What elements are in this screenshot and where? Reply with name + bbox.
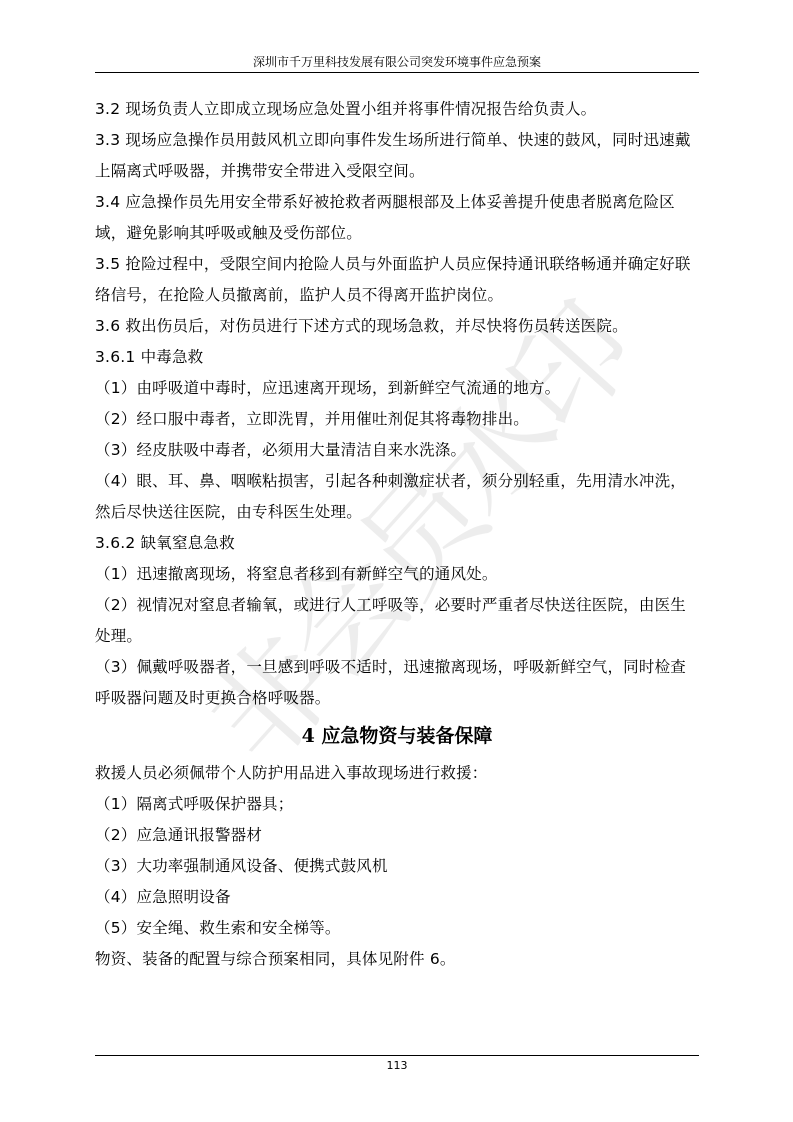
document-body: 3.2 现场负责人立即成立现场应急处置小组并将事件情况报告给负责人。 3.3 现… (95, 94, 699, 975)
list-item: （2）视情况对窒息者输氧，或进行人工呼吸等，必要时严重者尽快送往医院，由医生 (95, 590, 699, 621)
page-number: 113 (95, 1059, 699, 1073)
subsection-title: 3.6.1 中毒急救 (95, 342, 699, 373)
list-item: （2）经口服中毒者，立即洗胃，并用催吐剂促其将毒物排出。 (95, 404, 699, 435)
paragraph-line: 域，避免影响其呼吸或触及受伤部位。 (95, 218, 699, 249)
paragraph-line: 3.2 现场负责人立即成立现场应急处置小组并将事件情况报告给负责人。 (95, 94, 699, 125)
paragraph-line: 3.4 应急操作员先用安全带系好被抢救者两腿根部及上体妥善提升使患者脱离危险区 (95, 187, 699, 218)
paragraph-line: 3.5 抢险过程中，受限空间内抢险人员与外面监护人员应保持通讯联络畅通并确定好联 (95, 249, 699, 280)
list-item: （4）应急照明设备 (95, 882, 699, 913)
list-item: （5）安全绳、救生索和安全梯等。 (95, 913, 699, 944)
list-item: （1）隔离式呼吸保护器具； (95, 789, 699, 820)
list-item: （3）佩戴呼吸器者，一旦感到呼吸不适时，迅速撤离现场，呼吸新鲜空气，同时检查 (95, 652, 699, 683)
list-item: （3）经皮肤吸中毒者，必须用大量清洁自来水洗涤。 (95, 435, 699, 466)
footer-divider (95, 1055, 699, 1056)
list-item: （2）应急通讯报警器材 (95, 820, 699, 851)
paragraph-line: 3.6 救出伤员后，对伤员进行下述方式的现场急救，并尽快将伤员转送医院。 (95, 311, 699, 342)
paragraph-line: 上隔离式呼吸器，并携带安全带进入受限空间。 (95, 156, 699, 187)
list-item-continuation: 处理。 (95, 621, 699, 652)
subsection-title: 3.6.2 缺氧窒息急救 (95, 528, 699, 559)
document-header-title: 深圳市千万里科技发展有限公司突发环境事件应急预案 (95, 55, 699, 69)
paragraph-line: 络信号，在抢险人员撤离前，监护人员不得离开监护岗位。 (95, 280, 699, 311)
paragraph-line: 救援人员必须佩带个人防护用品进入事故现场进行救援： (95, 758, 699, 789)
list-item: （3）大功率强制通风设备、便携式鼓风机 (95, 851, 699, 882)
list-item: （4）眼、耳、鼻、咽喉粘损害，引起各种刺激症状者，须分别轻重，先用清水冲洗， (95, 466, 699, 497)
list-item-continuation: 然后尽快送往医院，由专科医生处理。 (95, 497, 699, 528)
list-item: （1）迅速撤离现场，将窒息者移到有新鲜空气的通风处。 (95, 559, 699, 590)
header-divider (95, 72, 699, 73)
list-item: （1）由呼吸道中毒时，应迅速离开现场，到新鲜空气流通的地方。 (95, 373, 699, 404)
list-item-continuation: 呼吸器问题及时更换合格呼吸器。 (95, 683, 699, 714)
section-heading: 4 应急物资与装备保障 (95, 714, 699, 758)
paragraph-line: 物资、装备的配置与综合预案相同，具体见附件 6。 (95, 944, 699, 975)
paragraph-line: 3.3 现场应急操作员用鼓风机立即向事件发生场所进行简单、快速的鼓风，同时迅速戴 (95, 125, 699, 156)
